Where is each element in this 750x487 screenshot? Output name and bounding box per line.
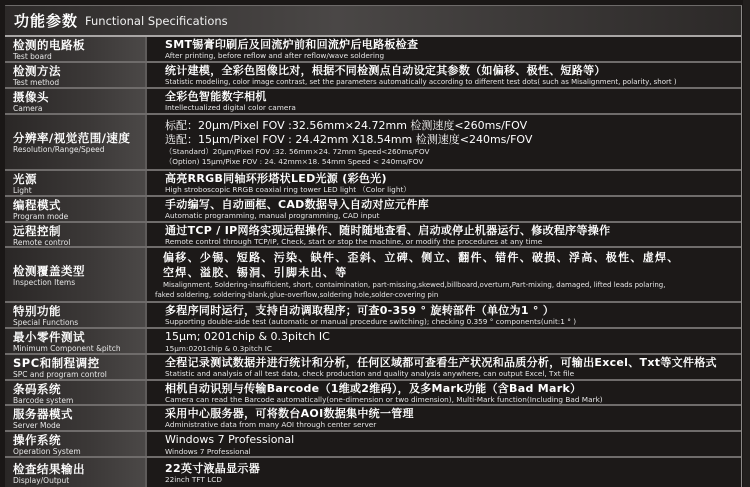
spec-row-display-output: 检查结果输出 Display/Output 22英寸液晶显示器 22inch T…: [5, 458, 741, 487]
value-zh-line2: 空焊、溢胶、锡洞、引脚未出、等: [163, 265, 741, 280]
row-label: 编程模式 Program mode: [5, 197, 147, 221]
value-zh: 高亮RRGB同轴环形塔状LED光源 (彩色光): [165, 172, 741, 185]
label-zh: 检测方法: [13, 65, 145, 78]
spec-row-resolution: 分辨率/视觉范围/速度 Resolution/Range/Speed 标配：20…: [5, 115, 741, 171]
value-en: Intellectualized digital color camera: [165, 103, 741, 113]
value-zh-line1: 偏移、少锡、短路、污染、缺件、歪斜、立碑、侧立、翻件、错件、破损、浮高、极性、虚…: [163, 250, 741, 265]
label-en: SPC and program control: [13, 370, 145, 380]
value-en: 22inch TFT LCD: [165, 475, 741, 485]
value-en-line1: Misalignment, Soldering-insufficient, sh…: [163, 280, 741, 290]
label-en: Test method: [13, 78, 145, 88]
label-zh: 特别功能: [13, 305, 145, 318]
row-label: 检测覆盖类型 Inspection Items: [5, 248, 147, 301]
value-zh: 通过TCP / IP网络实现远程操作、随时随地查看、启动或停止机器运行、修改程序…: [165, 224, 741, 237]
label-en: Test board: [13, 52, 145, 62]
row-value: 15μm; 0201chip & 0.3pitch IC 15μm:0201ch…: [147, 329, 741, 353]
label-zh: SPC和制程调控: [13, 357, 145, 370]
label-zh: 检测覆盖类型: [13, 265, 145, 278]
label-en: Remote control: [13, 238, 145, 248]
value-en: Automatic programming, manual programmin…: [165, 211, 741, 221]
spec-row-server-mode: 服务器模式 Server Mode 采用中心服务器，可将数台AOI数据集中统一管…: [5, 406, 741, 432]
value-zh: Windows 7 Professional: [165, 433, 741, 447]
value-zh: 15μm; 0201chip & 0.3pitch IC: [165, 330, 741, 344]
spec-row-camera: 摄像头 Camera 全彩色智能数字相机 Intellectualized di…: [5, 89, 741, 115]
label-zh: 光源: [13, 173, 145, 186]
value-zh-option: 选配：15μm/Pixel FOV : 24.42mm X18.54mm 检测速…: [165, 133, 741, 147]
value-zh: 全程记录测试数据并进行统计和分析，任何区域都可查看生产状况和品质分析，可输出Ex…: [165, 356, 741, 369]
label-en: Light: [13, 186, 145, 196]
spec-row-program-mode: 编程模式 Program mode 手动编写、自动画框、CAD数据导入自动对应元…: [5, 197, 741, 223]
label-en: Operation System: [13, 447, 145, 457]
row-label: 条码系统 Barcode system: [5, 381, 147, 404]
label-en: Resolution/Range/Speed: [13, 145, 145, 155]
label-zh: 分辨率/视觉范围/速度: [13, 132, 145, 145]
row-label: 最小零件测试 Minimum Component &pitch: [5, 329, 147, 353]
value-en-standard: （Standard）20μm/Pixel FOV :32. 56mm×24. 7…: [165, 147, 741, 157]
value-en: Supporting double-side test (automatic o…: [165, 317, 741, 327]
value-en: Windows 7 Professional: [165, 447, 741, 457]
label-zh: 摄像头: [13, 91, 145, 104]
row-value: 采用中心服务器，可将数台AOI数据集中统一管理 Administrative d…: [147, 406, 741, 430]
spec-table: 检测的电路板 Test board SMT锡膏印刷后及回流炉前和回流炉后电路板检…: [5, 37, 741, 487]
row-label: 远程控制 Remote control: [5, 223, 147, 246]
row-value: 22英寸液晶显示器 22inch TFT LCD: [147, 458, 741, 487]
spec-row-special-functions: 特别功能 Special Functions 多程序同时运行，支持自动调取程序；…: [5, 303, 741, 329]
value-en: Statistic and analysis of all test data,…: [165, 369, 741, 379]
label-en: Inspection Items: [13, 278, 145, 288]
row-value: 全程记录测试数据并进行统计和分析，任何区域都可查看生产状况和品质分析，可输出Ex…: [147, 355, 741, 379]
label-en: Minimum Component &pitch: [13, 344, 145, 354]
label-zh: 检查结果输出: [13, 463, 145, 476]
value-en: Statistic modeling, color image contrast…: [165, 77, 741, 87]
value-en: Administrative data from many AOI throug…: [165, 420, 741, 430]
header-title-zh: 功能参数: [14, 10, 78, 31]
row-label: 操作系统 Operation System: [5, 432, 147, 456]
label-zh: 操作系统: [13, 434, 145, 447]
row-label: 分辨率/视觉范围/速度 Resolution/Range/Speed: [5, 115, 147, 169]
row-label: 光源 Light: [5, 171, 147, 195]
row-value: 标配：20μm/Pixel FOV :32.56mm×24.72mm 检测速度<…: [147, 115, 741, 169]
row-label: 摄像头 Camera: [5, 89, 147, 113]
row-label: 检测的电路板 Test board: [5, 37, 147, 61]
label-en: Camera: [13, 104, 145, 114]
row-label: 检测方法 Test method: [5, 63, 147, 87]
row-value: 高亮RRGB同轴环形塔状LED光源 (彩色光) High stroboscopi…: [147, 171, 741, 195]
row-label: 服务器模式 Server Mode: [5, 406, 147, 430]
label-en: Program mode: [13, 212, 145, 222]
label-zh: 编程模式: [13, 199, 145, 212]
row-value: 多程序同时运行，支持自动调取程序；可查0-359 ° 旋转部件（单位为1 ° ）…: [147, 303, 741, 327]
value-en-option: （Option) 15μm/Pixe FOV : 24. 42mm×18. 54…: [165, 157, 741, 167]
spec-row-test-board: 检测的电路板 Test board SMT锡膏印刷后及回流炉前和回流炉后电路板检…: [5, 37, 741, 63]
value-zh: 相机自动识别与传输Barcode（1维或2维码），及多Mark功能（含Bad M…: [165, 382, 741, 395]
label-zh: 检测的电路板: [13, 39, 145, 52]
label-zh: 服务器模式: [13, 408, 145, 421]
spec-row-light: 光源 Light 高亮RRGB同轴环形塔状LED光源 (彩色光) High st…: [5, 171, 741, 197]
row-value: 手动编写、自动画框、CAD数据导入自动对应元件库 Automatic progr…: [147, 197, 741, 221]
value-en: Camera can read the Barcode automaticall…: [165, 395, 741, 405]
row-value: SMT锡膏印刷后及回流炉前和回流炉后电路板检查 After printing, …: [147, 37, 741, 61]
spec-row-spc: SPC和制程调控 SPC and program control 全程记录测试数…: [5, 355, 741, 381]
value-en: High stroboscopic RRGB coaxial ring towe…: [165, 185, 741, 195]
label-zh: 远程控制: [13, 225, 145, 238]
spec-row-test-method: 检测方法 Test method 统计建模，全彩色图像比对，根据不同检测点自动设…: [5, 63, 741, 89]
spec-row-barcode: 条码系统 Barcode system 相机自动识别与传输Barcode（1维或…: [5, 381, 741, 406]
right-margin: [743, 0, 750, 487]
value-zh: 全彩色智能数字相机: [165, 90, 741, 103]
row-value: Windows 7 Professional Windows 7 Profess…: [147, 432, 741, 456]
row-value: 全彩色智能数字相机 Intellectualized digital color…: [147, 89, 741, 113]
label-zh: 条码系统: [13, 383, 145, 396]
value-en: Remote control through TCP/IP, Check, st…: [165, 237, 741, 247]
row-value: 统计建模，全彩色图像比对，根据不同检测点自动设定其参数（如偏移、极性、短路等） …: [147, 63, 741, 87]
value-zh: 统计建模，全彩色图像比对，根据不同检测点自动设定其参数（如偏移、极性、短路等）: [165, 64, 741, 77]
label-zh: 最小零件测试: [13, 331, 145, 344]
row-label: SPC和制程调控 SPC and program control: [5, 355, 147, 379]
value-zh: SMT锡膏印刷后及回流炉前和回流炉后电路板检查: [165, 38, 741, 51]
value-zh: 多程序同时运行，支持自动调取程序；可查0-359 ° 旋转部件（单位为1 ° ）: [165, 304, 741, 317]
row-value: 偏移、少锡、短路、污染、缺件、歪斜、立碑、侧立、翻件、错件、破损、浮高、极性、虚…: [147, 248, 741, 301]
spec-row-inspection-items: 检测覆盖类型 Inspection Items 偏移、少锡、短路、污染、缺件、歪…: [5, 248, 741, 303]
label-en: Special Functions: [13, 318, 145, 328]
label-en: Barcode system: [13, 396, 145, 406]
value-zh: 手动编写、自动画框、CAD数据导入自动对应元件库: [165, 198, 741, 211]
spec-row-min-component: 最小零件测试 Minimum Component &pitch 15μm; 02…: [5, 329, 741, 355]
row-label: 检查结果输出 Display/Output: [5, 458, 147, 487]
value-en: 15μm:0201chip & 0.3pitch IC: [165, 344, 741, 354]
value-en: After printing, before reflow and after …: [165, 51, 741, 61]
spec-row-remote-control: 远程控制 Remote control 通过TCP / IP网络实现远程操作、随…: [5, 223, 741, 248]
header-title-en: Functional Specifications: [85, 14, 228, 28]
spec-header: 功能参数 Functional Specifications: [5, 6, 741, 37]
value-zh: 22英寸液晶显示器: [165, 462, 741, 475]
row-label: 特别功能 Special Functions: [5, 303, 147, 327]
spec-row-operation-system: 操作系统 Operation System Windows 7 Professi…: [5, 432, 741, 458]
value-zh: 采用中心服务器，可将数台AOI数据集中统一管理: [165, 407, 741, 420]
row-value: 通过TCP / IP网络实现远程操作、随时随地查看、启动或停止机器运行、修改程序…: [147, 223, 741, 246]
label-en: Server Mode: [13, 421, 145, 431]
value-zh-standard: 标配：20μm/Pixel FOV :32.56mm×24.72mm 检测速度<…: [165, 119, 741, 133]
label-en: Display/Output: [13, 476, 145, 486]
row-value: 相机自动识别与传输Barcode（1维或2维码），及多Mark功能（含Bad M…: [147, 381, 741, 404]
value-en-line2: faked soldering, soldering-blank,glue-ov…: [155, 290, 741, 300]
